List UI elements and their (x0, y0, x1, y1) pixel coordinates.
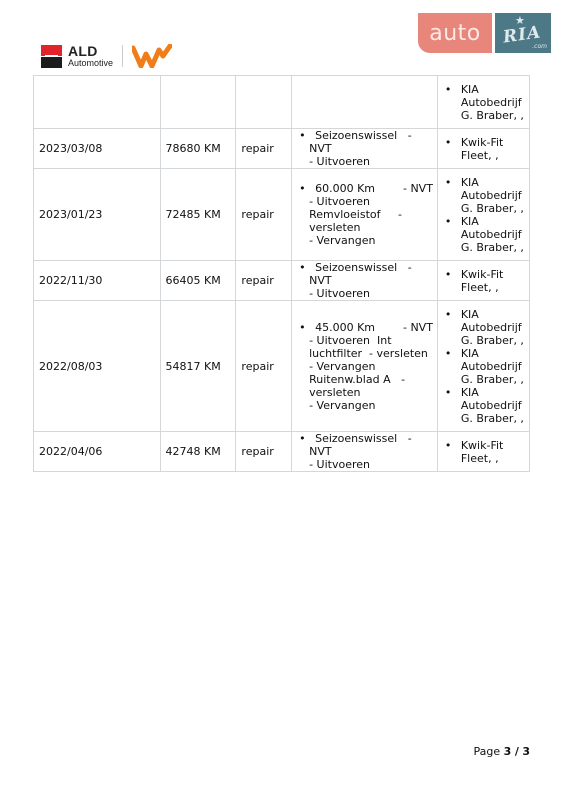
date-cell: 2023/01/23 (34, 169, 161, 261)
date-cell (34, 76, 161, 129)
watermark-auto: auto (418, 13, 492, 53)
work-item: Seizoenswissel -NVT- Uitvoeren (297, 432, 432, 471)
garage-list: Kwik-Fit Fleet, , (443, 136, 524, 162)
work-item: Seizoenswissel -NVT- Uitvoeren (297, 261, 432, 300)
type-cell: repair (236, 261, 292, 301)
table-row: 2023/01/2372485 KMrepair60.000 Km - NVT-… (34, 169, 530, 261)
work-line: Ruitenw.blad A - (309, 373, 432, 386)
table-row: 2022/04/0642748 KMrepairSeizoenswissel -… (34, 432, 530, 472)
ald-logo-icon (41, 45, 62, 68)
work-line: - Vervangen (309, 399, 432, 412)
work-list: 60.000 Km - NVT- UitvoerenRemvloeistof -… (297, 182, 432, 247)
date-cell: 2022/08/03 (34, 301, 161, 432)
work-list: 45.000 Km - NVT- Uitvoeren Intluchtfilte… (297, 321, 432, 412)
work-line: NVT (309, 142, 432, 155)
work-line: 45.000 Km - NVT (315, 321, 432, 334)
work-line: - Vervangen (309, 234, 432, 247)
mileage-cell: 66405 KM (160, 261, 236, 301)
mileage-cell (160, 76, 236, 129)
garage-item: KIA Autobedrijf G. Braber, , (443, 347, 524, 386)
garage-list: Kwik-Fit Fleet, , (443, 439, 524, 465)
date-cell: 2023/03/08 (34, 129, 161, 169)
garage-item: KIA Autobedrijf G. Braber, , (443, 176, 524, 215)
garage-item: KIA Autobedrijf G. Braber, , (443, 308, 524, 347)
type-cell (236, 76, 292, 129)
garage-cell: Kwik-Fit Fleet, , (437, 261, 529, 301)
garage-item: Kwik-Fit Fleet, , (443, 136, 524, 162)
page-number: Page 3 / 3 (474, 745, 530, 758)
garage-list: KIA Autobedrijf G. Braber, , (443, 83, 524, 122)
work-cell: Seizoenswissel -NVT- Uitvoeren (292, 129, 438, 169)
work-line: - Uitvoeren (309, 458, 432, 471)
garage-cell: KIA Autobedrijf G. Braber, ,KIA Autobedr… (437, 169, 529, 261)
garage-list: KIA Autobedrijf G. Braber, ,KIA Autobedr… (443, 176, 524, 254)
autoria-watermark: auto ★ RIA .com (418, 13, 551, 53)
work-line: versleten (309, 221, 432, 234)
garage-list: KIA Autobedrijf G. Braber, ,KIA Autobedr… (443, 308, 524, 425)
work-line: versleten (309, 386, 432, 399)
header-logos: ALD Automotive (41, 43, 172, 69)
mileage-cell: 54817 KM (160, 301, 236, 432)
type-cell: repair (236, 129, 292, 169)
table-row: KIA Autobedrijf G. Braber, , (34, 76, 530, 129)
work-line: Seizoenswissel - (315, 261, 432, 274)
type-cell: repair (236, 301, 292, 432)
work-cell (292, 76, 438, 129)
work-line: - Uitvoeren (309, 155, 432, 168)
work-item: 45.000 Km - NVT- Uitvoeren Intluchtfilte… (297, 321, 432, 412)
type-cell: repair (236, 169, 292, 261)
work-list: Seizoenswissel -NVT- Uitvoeren (297, 129, 432, 168)
garage-item: Kwik-Fit Fleet, , (443, 268, 524, 294)
work-line: - Vervangen (309, 360, 432, 373)
table-row: 2022/11/3066405 KMrepairSeizoenswissel -… (34, 261, 530, 301)
garage-item: KIA Autobedrijf G. Braber, , (443, 83, 524, 122)
work-line: NVT (309, 274, 432, 287)
maintenance-history-table: KIA Autobedrijf G. Braber, ,2023/03/0878… (33, 75, 530, 472)
work-cell: Seizoenswissel -NVT- Uitvoeren (292, 432, 438, 472)
work-line: - Uitvoeren (309, 287, 432, 300)
work-line: 60.000 Km - NVT (315, 182, 432, 195)
leaseplan-logo-icon (132, 44, 172, 68)
work-line: Seizoenswissel - (315, 129, 432, 142)
garage-cell: Kwik-Fit Fleet, , (437, 129, 529, 169)
work-line: luchtfilter - versleten (309, 347, 432, 360)
mileage-cell: 72485 KM (160, 169, 236, 261)
mileage-cell: 42748 KM (160, 432, 236, 472)
garage-cell: KIA Autobedrijf G. Braber, ,KIA Autobedr… (437, 301, 529, 432)
garage-item: KIA Autobedrijf G. Braber, , (443, 386, 524, 425)
work-line: Remvloeistof - (309, 208, 432, 221)
mileage-cell: 78680 KM (160, 129, 236, 169)
work-item: Seizoenswissel -NVT- Uitvoeren (297, 129, 432, 168)
work-line: - Uitvoeren Int (309, 334, 432, 347)
logo-divider (122, 45, 123, 67)
work-line: NVT (309, 445, 432, 458)
work-item: 60.000 Km - NVT- UitvoerenRemvloeistof -… (297, 182, 432, 247)
garage-item: Kwik-Fit Fleet, , (443, 439, 524, 465)
work-cell: 45.000 Km - NVT- Uitvoeren Intluchtfilte… (292, 301, 438, 432)
work-cell: 60.000 Km - NVT- UitvoerenRemvloeistof -… (292, 169, 438, 261)
table-row: 2023/03/0878680 KMrepairSeizoenswissel -… (34, 129, 530, 169)
date-cell: 2022/11/30 (34, 261, 161, 301)
date-cell: 2022/04/06 (34, 432, 161, 472)
work-list: Seizoenswissel -NVT- Uitvoeren (297, 261, 432, 300)
ald-logo-text: ALD Automotive (68, 44, 113, 68)
work-line: - Uitvoeren (309, 195, 432, 208)
work-cell: Seizoenswissel -NVT- Uitvoeren (292, 261, 438, 301)
garage-cell: KIA Autobedrijf G. Braber, , (437, 76, 529, 129)
type-cell: repair (236, 432, 292, 472)
garage-list: Kwik-Fit Fleet, , (443, 268, 524, 294)
watermark-ria: ★ RIA .com (495, 13, 551, 53)
garage-item: KIA Autobedrijf G. Braber, , (443, 215, 524, 254)
work-list: Seizoenswissel -NVT- Uitvoeren (297, 432, 432, 471)
garage-cell: Kwik-Fit Fleet, , (437, 432, 529, 472)
work-line: Seizoenswissel - (315, 432, 432, 445)
table-row: 2022/08/0354817 KMrepair45.000 Km - NVT-… (34, 301, 530, 432)
